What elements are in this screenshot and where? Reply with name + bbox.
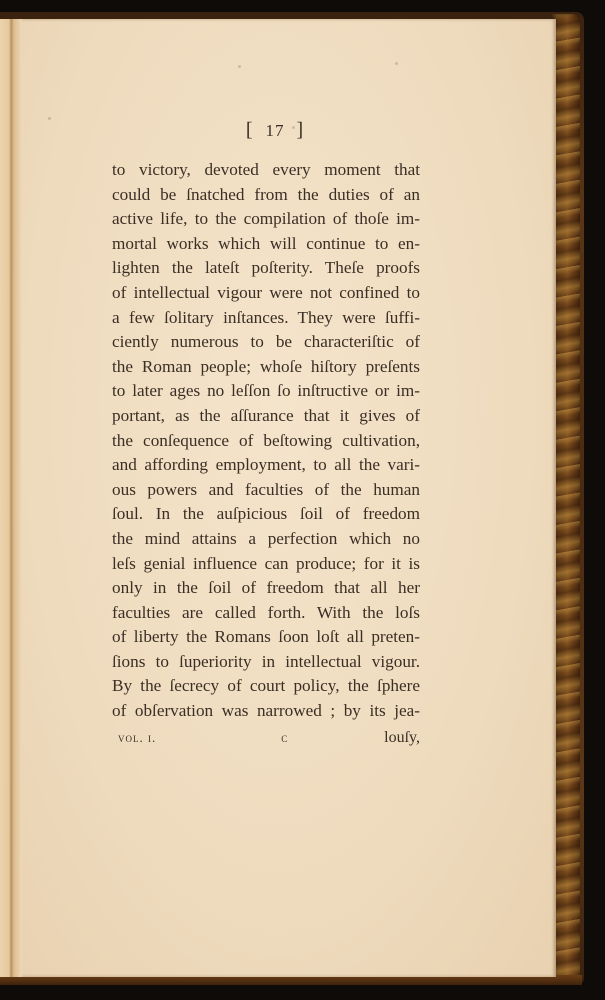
text-line: portant, as the aſſurance that it gives … — [112, 404, 420, 429]
text-line: ous powers and faculties of the human — [112, 478, 420, 503]
text-line: leſs genial influence can produce; for i… — [112, 552, 420, 577]
text-line: of intellectual vigour were not confined… — [112, 281, 420, 306]
text-line: a few ſolitary inſtances. They were ſuff… — [112, 306, 420, 331]
text-line: to victory, devoted every moment that — [112, 158, 420, 183]
text-line: only in the ſoil of freedom that all her — [112, 576, 420, 601]
text-line: of obſervation was narrowed ; by its jea… — [112, 699, 420, 724]
paper-speck — [395, 62, 398, 65]
bracket-close: ] — [297, 112, 305, 148]
text-line: lighten the lateſt poſterity. Theſe proo… — [112, 256, 420, 281]
gutter-shadow — [0, 19, 22, 977]
text-line: faculties are called forth. With the loſ… — [112, 601, 420, 626]
text-line: and affording employment, to all the var… — [112, 453, 420, 478]
gathering-signature: c — [281, 726, 287, 750]
text-line: active life, to the compilation of thoſe… — [112, 207, 420, 232]
book-photo: [17] to victory, devoted every moment th… — [0, 0, 605, 1000]
page-number: 17 — [266, 121, 285, 140]
text-line: to later ages no leſſon ſo inſtructive o… — [112, 379, 420, 404]
text-line: could be ſnatched from the duties of an — [112, 183, 420, 208]
text-line: mortal works which will continue to en- — [112, 232, 420, 257]
text-line: the Roman people; whoſe hiſtory preſents — [112, 355, 420, 380]
page-footer: vol. i. c louſy, — [112, 726, 420, 750]
catchword: louſy, — [384, 726, 420, 750]
paper-speck — [238, 65, 241, 68]
text-line: ſoul. In the auſpicious ſoil of freedom — [112, 502, 420, 527]
page-text-block: [17] to victory, devoted every moment th… — [112, 112, 420, 750]
text-line: ciently numerous to be characteriſtic of — [112, 330, 420, 355]
text-line: the mind attains a perfection which no — [112, 527, 420, 552]
bracket-open: [ — [246, 112, 254, 148]
paper-speck — [48, 117, 51, 120]
page-number-heading: [17] — [130, 112, 420, 148]
text-line: of liberty the Romans ſoon loſt all pret… — [112, 625, 420, 650]
text-line: By the ſecrecy of court policy, the ſphe… — [112, 674, 420, 699]
gilt-tooled-fore-edge — [552, 14, 580, 980]
text-line: the conſequence of beſtowing cultivation… — [112, 429, 420, 454]
text-line: ſions to ſuperiority in intellectual vig… — [112, 650, 420, 675]
body-paragraph: to victory, devoted every moment that co… — [112, 158, 420, 724]
volume-signature: vol. i. — [112, 726, 156, 750]
